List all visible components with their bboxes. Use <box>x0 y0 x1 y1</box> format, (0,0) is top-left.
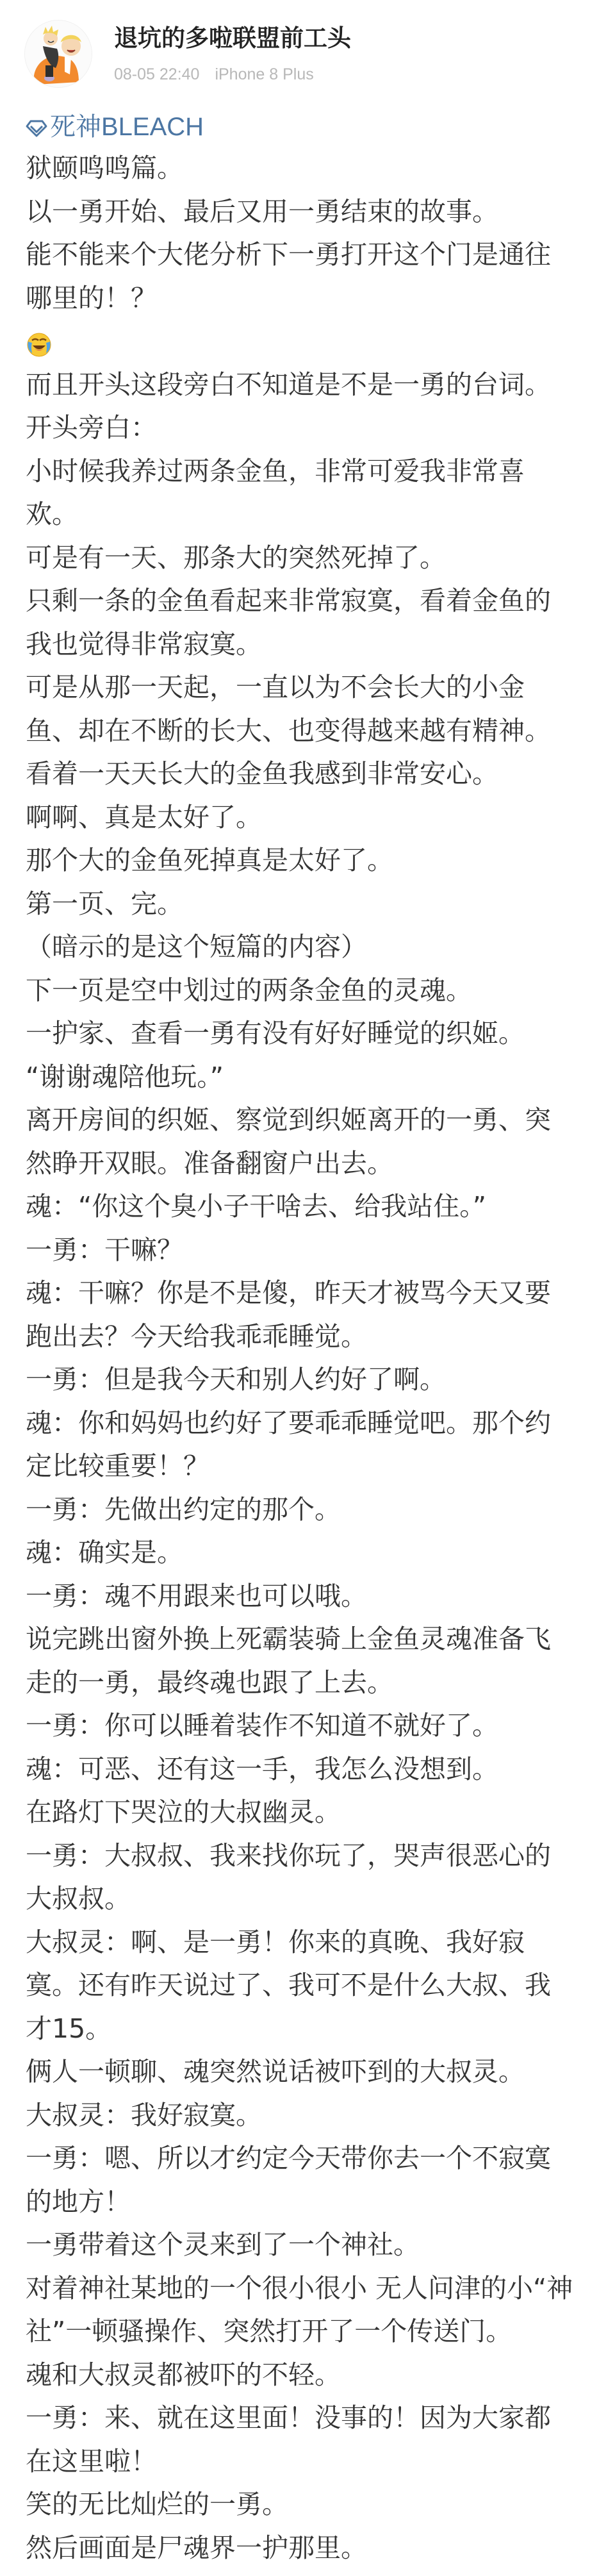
body-line: 哪里的！？ <box>26 277 602 320</box>
avatar[interactable] <box>24 20 92 88</box>
body-line: 定比较重要！？ <box>26 1445 602 1488</box>
body-line: 狱颐鸣鸣篇。 <box>26 147 602 190</box>
body-line: 一勇：嗯、所以才约定今天带你去一个不寂寞 <box>26 2137 602 2181</box>
body-line: 魂：你和妈妈也约好了要乖乖睡觉吧。那个约 <box>26 1402 602 1445</box>
topic-label: 死神BLEACH <box>50 106 204 143</box>
post-header: 退坑的多啦联盟前工头 08-05 22:40iPhone 8 Plus <box>0 0 615 103</box>
laughing-crying-emoji-icon <box>26 328 53 355</box>
body-line: 在路灯下哭泣的大叔幽灵。 <box>26 1791 602 1834</box>
body-line: 一勇：干嘛？ <box>26 1229 602 1272</box>
body-line: （暗示的是这个短篇的内容） <box>26 926 602 969</box>
body-line: 然后画面是尸魂界一护那里。 <box>26 2527 602 2570</box>
body-line: 一勇：魂不用跟来也可以哦。 <box>26 1575 602 1618</box>
body-line: 鱼、却在不断的长大、也变得越来越有精神。 <box>26 710 602 753</box>
body-line: 魂和大叔灵都被吓的不轻。 <box>26 2354 602 2397</box>
body-line: 魂：可恶、还有这一手，我怎么没想到。 <box>26 1748 602 1791</box>
body-line: 以一勇开始、最后又用一勇结束的故事。 <box>26 190 602 234</box>
body-line: 一勇带着这个灵来到了一个神社。 <box>26 2223 602 2267</box>
body-line: 可是有一天、那条大的突然死掉了。 <box>26 536 602 580</box>
body-line: 说完跳出窗外换上死霸装骑上金鱼灵魂准备飞 <box>26 1618 602 1661</box>
body-line: 寞。还有昨天说过了、我可不是什么大叔、我 <box>26 1964 602 2007</box>
body-line: 大叔叔。 <box>26 1877 602 1921</box>
body-line: 跑出去？今天给我乖乖睡觉。 <box>26 1315 602 1359</box>
body-line: 一勇：但是我今天和别人约好了啊。 <box>26 1358 602 1402</box>
body-line: 离开房间的织姬、察觉到织姬离开的一勇、突 <box>26 1099 602 1142</box>
body-line: 一护家、查看一勇有没有好好睡觉的织姬。 <box>26 1012 602 1056</box>
body-line: 我也觉得非常寂寞。 <box>26 623 602 667</box>
body-line: 魂：确实是。 <box>26 1531 602 1575</box>
avatar-image-icon <box>25 21 92 87</box>
body-line: 社”一顿骚操作、突然打开了一个传送门。 <box>26 2310 602 2354</box>
body-line: 能不能来个大佬分析下一勇打开这个门是通往 <box>26 233 602 277</box>
body-line: 一勇：先做出约定的那个。 <box>26 1488 602 1532</box>
body-line: 然睁开双眼。准备翻窗户出去。 <box>26 1142 602 1186</box>
body-line: 的地方！ <box>26 2181 602 2224</box>
body-line: 走的一勇，最终魂也跟了上去。 <box>26 1661 602 1705</box>
body-line: 而且开头这段旁白不知道是不是一勇的台词。 <box>26 363 602 407</box>
post-device: iPhone 8 Plus <box>215 65 313 83</box>
user-name[interactable]: 退坑的多啦联盟前工头 <box>114 23 351 54</box>
body-line: 笑的无比灿烂的一勇。 <box>26 2483 602 2527</box>
body-line: 小时候我养过两条金鱼，非常可爱我非常喜 <box>26 450 602 494</box>
body-line: 第一页、完。 <box>26 883 602 926</box>
body-line: 一勇：来、就在这里面！没事的！因为大家都 <box>26 2397 602 2440</box>
body-line: 魂：“你这个臭小子干啥去、给我站住。” <box>26 1185 602 1229</box>
body-line: 魂：干嘛？你是不是傻，昨天才被骂今天又要 <box>26 1272 602 1315</box>
body-line: 啊啊、真是太好了。 <box>26 796 602 840</box>
body-line: 下一页是空中划过的两条金鱼的灵魂。 <box>26 969 602 1013</box>
body-line: 一勇：你可以睡着装作不知道不就好了。 <box>26 1704 602 1748</box>
diamond-icon <box>26 115 47 134</box>
body-line: 一勇：大叔叔、我来找你玩了，哭声很恶心的 <box>26 1834 602 1878</box>
post-meta: 08-05 22:40iPhone 8 Plus <box>114 63 314 85</box>
emoji-line <box>26 320 602 363</box>
body-line: 可是从那一天起，一直以为不会长大的小金 <box>26 666 602 710</box>
body-line: 欢。 <box>26 493 602 536</box>
body-line: 才15。 <box>26 2007 602 2051</box>
body-line: 俩人一顿聊、魂突然说话被吓到的大叔灵。 <box>26 2050 602 2094</box>
body-line: 在这里啦！ <box>26 2440 602 2484</box>
body-line: “谢谢魂陪他玩。” <box>26 1056 602 1099</box>
post-body: 狱颐鸣鸣篇。 以一勇开始、最后又用一勇结束的故事。 能不能来个大佬分析下一勇打开… <box>26 147 602 2570</box>
body-line: 大叔灵：啊、是一勇！你来的真晚、我好寂 <box>26 1921 602 1965</box>
body-line: 开头旁白： <box>26 406 602 450</box>
body-line: 大叔灵：我好寂寞。 <box>26 2094 602 2138</box>
body-line: 只剩一条的金鱼看起来非常寂寞，看着金鱼的 <box>26 579 602 623</box>
body-line: 那个大的金鱼死掉真是太好了。 <box>26 839 602 883</box>
post-timestamp: 08-05 22:40 <box>114 65 199 83</box>
body-line: 对着神社某地的一个很小很小 无人问津的小“神 <box>26 2267 602 2311</box>
topic-tag[interactable]: 死神BLEACH <box>26 108 204 141</box>
body-line: 看着一天天长大的金鱼我感到非常安心。 <box>26 752 602 796</box>
